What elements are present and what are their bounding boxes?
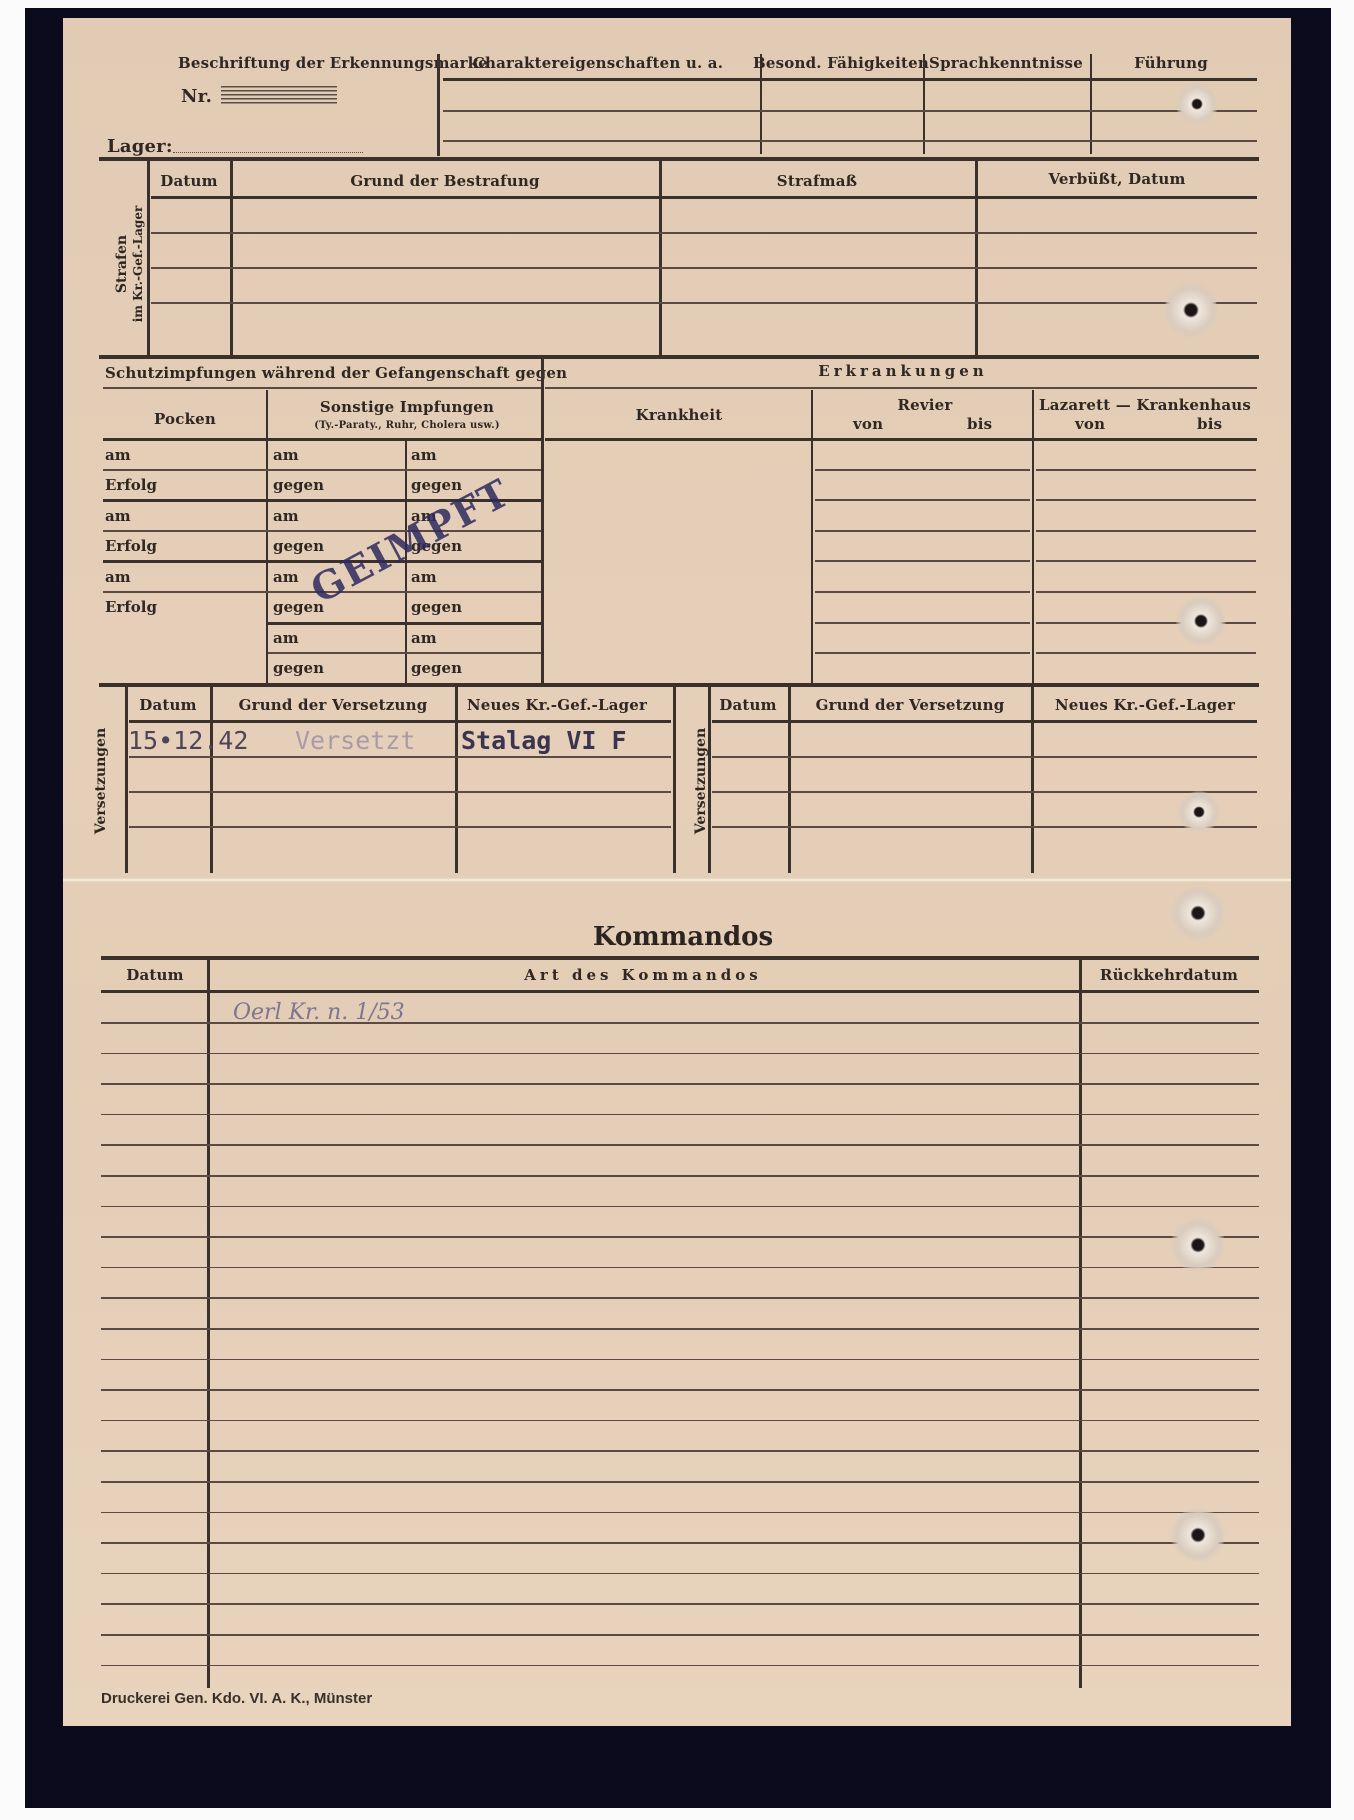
section-rule bbox=[99, 355, 1259, 359]
rule bbox=[712, 791, 1257, 793]
sonstige-cell: gegen bbox=[273, 537, 324, 555]
impfungen-title: Schutzimpfungen während der Gefangenscha… bbox=[105, 364, 567, 382]
rule bbox=[101, 1359, 1259, 1361]
nr-label: Nr. bbox=[181, 86, 212, 107]
sonstige-cell: gegen bbox=[273, 476, 324, 494]
rule bbox=[101, 1603, 1259, 1605]
strafen-col-strafmass: Strafmaß bbox=[777, 172, 857, 190]
rule bbox=[1036, 560, 1256, 562]
lazarett-von-label: von bbox=[1075, 415, 1105, 433]
rule bbox=[101, 1022, 1259, 1024]
revier-bis-label: bis bbox=[967, 415, 992, 433]
section-rule bbox=[101, 956, 1259, 960]
divider bbox=[788, 687, 791, 873]
rule bbox=[151, 302, 1257, 304]
rule bbox=[101, 1634, 1259, 1636]
versetzungen-right-col-grund: Grund der Versetzung bbox=[816, 696, 1005, 714]
sonstige-cell: am bbox=[273, 629, 299, 647]
sonstige-cell: gegen bbox=[273, 598, 324, 616]
fuehrung-label: Führung bbox=[1134, 54, 1208, 72]
rule bbox=[151, 196, 1257, 199]
section-rule bbox=[99, 157, 1259, 161]
divider bbox=[230, 161, 233, 357]
rule bbox=[101, 1481, 1259, 1483]
pocken-cell: Erfolg bbox=[105, 537, 157, 555]
rule bbox=[815, 652, 1030, 654]
divider bbox=[1090, 54, 1092, 154]
rule bbox=[103, 469, 541, 471]
divider bbox=[923, 54, 925, 154]
versetzung-grund: Versetzt bbox=[295, 726, 415, 755]
rule bbox=[712, 720, 1257, 723]
nr-field[interactable] bbox=[221, 86, 337, 104]
rule bbox=[268, 652, 541, 654]
rule bbox=[101, 1542, 1259, 1544]
charakter-label: Charaktereigenschaften u. a. bbox=[473, 54, 723, 72]
sonstige-cell: am bbox=[411, 446, 437, 464]
rule bbox=[545, 387, 1257, 389]
lager-field[interactable] bbox=[173, 152, 363, 153]
sonstige-label: Sonstige Impfungen bbox=[320, 398, 494, 416]
rule bbox=[545, 438, 1257, 441]
rule bbox=[103, 438, 541, 441]
punch-hole bbox=[1171, 1508, 1225, 1562]
sprachen-label: Sprachkenntnisse bbox=[929, 54, 1083, 72]
revier-label: Revier bbox=[897, 396, 952, 414]
kommandos-col-art: Art des Kommandos bbox=[524, 966, 761, 984]
rule bbox=[101, 1297, 1259, 1299]
rule bbox=[151, 232, 1257, 234]
versetzungen-side-label-right: Versetzungen bbox=[693, 721, 709, 841]
rule bbox=[815, 530, 1030, 532]
rule bbox=[101, 1389, 1259, 1391]
kommandos-col-rueckkehr: Rückkehrdatum bbox=[1100, 966, 1238, 984]
rule bbox=[101, 1573, 1259, 1575]
divider bbox=[1031, 687, 1034, 873]
pocken-label: Pocken bbox=[154, 410, 216, 428]
lager-label: Lager: bbox=[107, 136, 173, 157]
pocken-cell: am bbox=[105, 568, 131, 586]
rule bbox=[151, 267, 1257, 269]
rule bbox=[129, 756, 671, 758]
rule bbox=[101, 1114, 1259, 1116]
rule bbox=[101, 1450, 1259, 1452]
rule bbox=[268, 622, 541, 625]
rule bbox=[1036, 530, 1256, 532]
divider bbox=[975, 161, 978, 357]
strafen-side-label: Strafen im Kr.-Gef.-Lager bbox=[114, 194, 146, 334]
sonstige-cell: gegen bbox=[411, 659, 462, 677]
divider bbox=[147, 161, 150, 357]
sonstige-cell: am bbox=[411, 568, 437, 586]
rule bbox=[1036, 591, 1256, 593]
rule bbox=[101, 1512, 1259, 1514]
rule bbox=[712, 826, 1257, 828]
sonstige-cell: am bbox=[273, 446, 299, 464]
divider bbox=[708, 687, 711, 873]
faehigkeiten-label: Besond. Fähigkeiten bbox=[753, 54, 929, 72]
rule bbox=[443, 110, 1257, 112]
rule bbox=[101, 1665, 1259, 1667]
rule bbox=[1036, 469, 1256, 471]
pocken-cell: Erfolg bbox=[105, 598, 157, 616]
rule bbox=[815, 591, 1030, 593]
divider bbox=[125, 687, 128, 873]
erkrankungen-title: Erkrankungen bbox=[818, 362, 987, 380]
rule bbox=[129, 791, 671, 793]
versetzung-lager: Stalag VI F bbox=[461, 726, 627, 755]
rule bbox=[815, 622, 1030, 624]
rule bbox=[101, 1420, 1259, 1422]
rule bbox=[101, 1236, 1259, 1238]
rule bbox=[1036, 652, 1256, 654]
rule bbox=[815, 499, 1030, 501]
paper-fold bbox=[63, 878, 1291, 882]
revier-von-label: von bbox=[853, 415, 883, 433]
divider bbox=[1079, 960, 1082, 1688]
erkennungsmarke-label: Beschriftung der Erkennungsmarke bbox=[178, 54, 488, 72]
punch-hole bbox=[1171, 1218, 1225, 1272]
rule bbox=[101, 990, 1259, 993]
rule bbox=[101, 1083, 1259, 1085]
divider bbox=[210, 687, 213, 873]
rule bbox=[101, 1175, 1259, 1177]
versetzungen-col-lager: Neues Kr.-Gef.-Lager bbox=[467, 696, 647, 714]
sonstige-cell: gegen bbox=[273, 659, 324, 677]
divider bbox=[541, 359, 544, 685]
versetzung-datum: 15•12.42 bbox=[128, 726, 248, 755]
versetzungen-col-datum: Datum bbox=[139, 696, 196, 714]
punch-hole bbox=[1176, 83, 1218, 125]
printer-imprint: Druckerei Gen. Kdo. VI. A. K., Münster bbox=[101, 1690, 372, 1707]
divider bbox=[266, 390, 268, 684]
punch-hole bbox=[1165, 280, 1217, 340]
rule bbox=[101, 1328, 1259, 1330]
versetzungen-right-col-datum: Datum bbox=[719, 696, 776, 714]
divider bbox=[437, 54, 440, 156]
divider bbox=[659, 161, 662, 357]
sonstige-cell: am bbox=[273, 507, 299, 525]
versetzungen-side-label-left: Versetzungen bbox=[93, 721, 109, 841]
lazarett-bis-label: bis bbox=[1197, 415, 1222, 433]
sonstige-sub-label: (Ty.-Paraty., Ruhr, Cholera usw.) bbox=[314, 420, 500, 431]
rule bbox=[815, 560, 1030, 562]
rule bbox=[101, 1206, 1259, 1208]
pocken-cell: Erfolg bbox=[105, 476, 157, 494]
sonstige-cell: am bbox=[273, 568, 299, 586]
rule bbox=[129, 720, 671, 723]
rule bbox=[103, 387, 541, 389]
divider bbox=[455, 687, 458, 873]
rule bbox=[712, 756, 1257, 758]
versetzungen-col-grund: Grund der Versetzung bbox=[239, 696, 428, 714]
rule bbox=[815, 469, 1030, 471]
sonstige-cell: gegen bbox=[411, 598, 462, 616]
rule bbox=[101, 1267, 1259, 1269]
strafen-col-verbuesst: Verbüßt, Datum bbox=[1048, 170, 1185, 188]
divider bbox=[811, 390, 813, 684]
kommandos-title: Kommandos bbox=[593, 922, 773, 952]
pocken-cell: am bbox=[105, 446, 131, 464]
strafen-col-datum: Datum bbox=[160, 172, 217, 190]
sonstige-cell: am bbox=[411, 629, 437, 647]
kommandos-col-datum: Datum bbox=[126, 966, 183, 984]
rule bbox=[101, 1144, 1259, 1146]
rule bbox=[1036, 499, 1256, 501]
punch-hole bbox=[1171, 886, 1225, 940]
divider bbox=[1032, 390, 1034, 684]
pocken-cell: am bbox=[105, 507, 131, 525]
rule bbox=[443, 140, 1257, 142]
divider bbox=[207, 960, 210, 1688]
rule bbox=[443, 78, 1257, 81]
lazarett-label: Lazarett — Krankenhaus bbox=[1039, 396, 1251, 414]
rule bbox=[129, 826, 671, 828]
divider bbox=[673, 687, 676, 873]
section-rule bbox=[99, 683, 1259, 687]
krankheit-label: Krankheit bbox=[636, 406, 723, 424]
punch-hole bbox=[1176, 596, 1226, 646]
pow-record-card: Beschriftung der Erkennungsmarke Nr. Lag… bbox=[63, 18, 1291, 1726]
strafen-col-grund: Grund der Bestrafung bbox=[350, 172, 539, 190]
rule bbox=[101, 1053, 1259, 1055]
punch-hole bbox=[1178, 791, 1220, 833]
versetzungen-right-col-lager: Neues Kr.-Gef.-Lager bbox=[1055, 696, 1235, 714]
